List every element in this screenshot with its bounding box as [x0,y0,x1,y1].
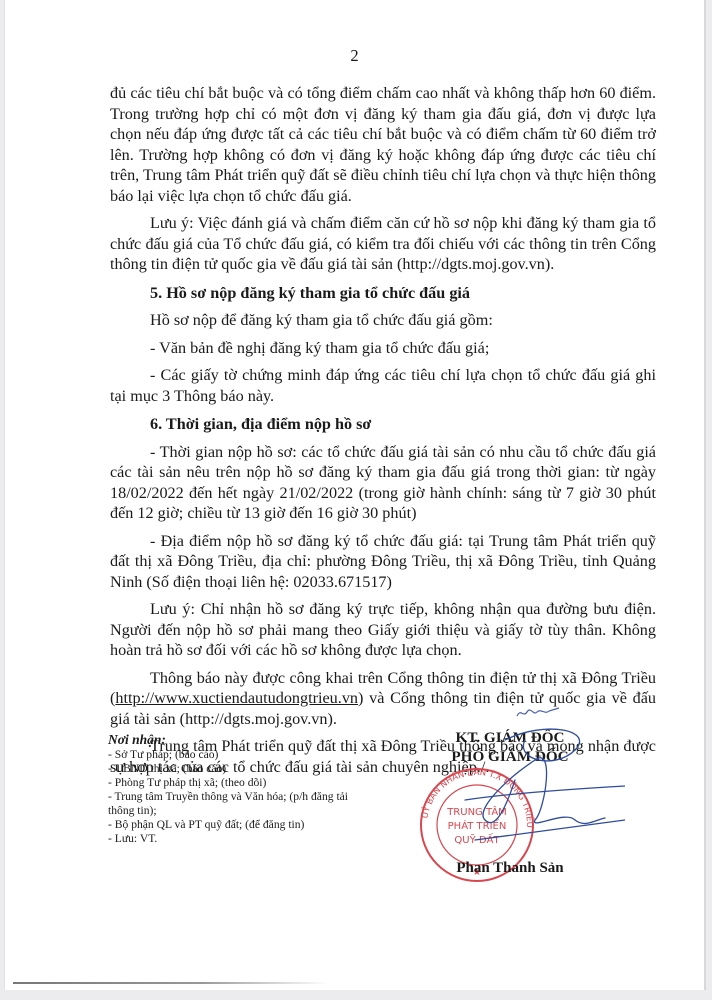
paragraph-submission-place: - Địa điểm nộp hồ sơ đăng ký tổ chức đấu… [110,531,656,593]
portal-link[interactable]: http://www.xuctiendautudongtrieu.vn [115,689,358,707]
paragraph-note-evaluation: Lưu ý: Việc đánh giá và chấm điểm căn cứ… [110,213,656,275]
page-number: 2 [5,46,704,66]
recipient-item: - Phòng Tư pháp thị xã; (theo dõi) [108,776,368,790]
section-6-heading: 6. Thời gian, địa điểm nộp hồ sơ [110,414,656,435]
recipient-item: - UBND thị xã; (báo cáo) [108,762,368,776]
recipient-item: - Sở Tư pháp; (báo cáo) [108,748,368,762]
paragraph-note-submission: Lưu ý: Chỉ nhận hồ sơ đăng ký trực tiếp,… [110,599,656,661]
document-body: đủ các tiêu chí bắt buộc và có tổng điểm… [110,83,656,777]
paragraph-criteria: đủ các tiêu chí bắt buộc và có tổng điểm… [110,83,656,206]
recipient-item: - Bộ phận QL và PT quỹ đất; (để đăng tin… [108,818,368,832]
section-5-heading: 5. Hồ sơ nộp đăng ký tham gia tổ chức đấ… [110,283,656,304]
page-edge-line [13,982,329,984]
recipients-title: Nơi nhận: [108,731,368,748]
recipient-item: - Lưu: VT. [108,832,368,846]
paragraph-document-item-2: - Các giấy tờ chứng minh đáp ứng các tiê… [110,365,656,406]
paragraph-submission-time: - Thời gian nộp hồ sơ: các tổ chức đấu g… [110,442,656,524]
initial-signature [515,706,561,720]
recipient-item: - Trung tâm Truyền thông và Văn hóa; (p/… [108,790,368,818]
recipients-block: Nơi nhận: - Sở Tư pháp; (báo cáo) - UBND… [108,731,368,846]
document-page: 2 đủ các tiêu chí bắt buộc và có tổng đi… [4,0,706,990]
paragraph-document-item-1: - Văn bản đề nghị đăng ký tham gia tổ ch… [110,338,656,359]
signer-name: Phan Thanh Sản [430,860,590,877]
handwritten-signature [445,720,625,850]
paragraph-documents-intro: Hồ sơ nộp để đăng ký tham gia tổ chức đấ… [110,310,656,331]
